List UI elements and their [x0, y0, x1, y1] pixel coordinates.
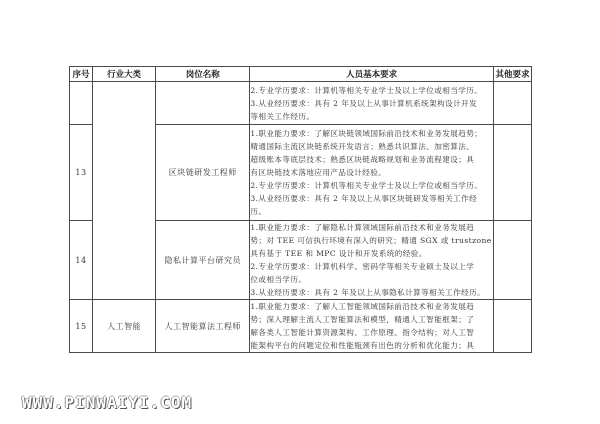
cell-no: 14: [70, 221, 93, 300]
cell-no: [70, 82, 93, 125]
requirement-line: 位或相当学历。: [250, 273, 493, 286]
cell-position: 隐私计算平台研究员: [156, 221, 250, 300]
requirement-line: 1.职业能力要求：了解隐私计算领域国际前沿技术和业务发展趋: [250, 221, 493, 234]
cell-other: [493, 125, 531, 221]
requirement-line: 具有基于 TEE 和 MPC 设计和开发系统的经验。: [250, 247, 493, 260]
requirement-line: 2.专业学历要求：计算机等相关专业学士及以上学位或相当学历。: [250, 179, 493, 192]
watermark-text: WWW.PINWAIYI.COM: [22, 393, 192, 412]
requirement-line: 有区块链技术落地应用产品设计经验。: [250, 166, 493, 179]
cell-no: 13: [70, 125, 93, 221]
requirement-line: 势；深入理解主流人工智能算法和模型，精通人工智能框架；了: [250, 313, 493, 326]
requirement-line: 1.职业能力要求：了解区块链领域国际前沿技术和业务发展趋势；: [250, 127, 493, 140]
cell-other: [493, 82, 531, 125]
cell-requirements: 2.专业学历要求：计算机等相关专业学士及以上学位或相当学历。 3.从业经历要求：…: [250, 82, 494, 125]
document-page: 序号 行业大类 岗位名称 人员基本要求 其他要求 2.专业学历要求：计算机等相关…: [0, 0, 600, 424]
cell-requirements: 1.职业能力要求：了解隐私计算领域国际前沿技术和业务发展趋 势；对 TEE 可信…: [250, 221, 494, 300]
cell-requirements: 1.职业能力要求：了解区块链领域国际前沿技术和业务发展趋势； 精通国际主流区块链…: [250, 125, 494, 221]
cell-position: 区块链研发工程师: [156, 125, 250, 221]
cell-industry-merged: [93, 82, 156, 300]
requirement-line: 超级账本等底层技术；熟悉区块链战略规划和业务流程建设；具: [250, 153, 493, 166]
requirement-line: 等相关工作经历。: [250, 110, 493, 123]
cell-other: [493, 221, 531, 300]
table-row: 2.专业学历要求：计算机等相关专业学士及以上学位或相当学历。 3.从业经历要求：…: [70, 82, 532, 125]
cell-other: [493, 300, 531, 353]
table-row: 15 人工智能 人工智能算法工程师 1.职业能力要求：了解人工智能领域国际前沿技…: [70, 300, 532, 353]
cell-position: 人工智能算法工程师: [156, 300, 250, 353]
cell-industry: 人工智能: [93, 300, 156, 353]
cell-no: 15: [70, 300, 93, 353]
header-requirements: 人员基本要求: [250, 67, 494, 82]
cell-requirements: 1.职业能力要求：了解人工智能领域国际前沿技术和业务发展趋 势；深入理解主流人工…: [250, 300, 494, 353]
requirement-line: 历。: [250, 205, 493, 218]
header-no: 序号: [70, 67, 93, 82]
table-header-row: 序号 行业大类 岗位名称 人员基本要求 其他要求: [70, 67, 532, 82]
requirement-line: 势；对 TEE 可信执行环境有深入的研究；精通 SGX 或 trustzone；: [250, 234, 493, 247]
requirement-line: 3.从业经历要求：具有 2 年及以上从事隐私计算等相关工作经历。: [250, 286, 493, 299]
header-other: 其他要求: [493, 67, 531, 82]
job-requirements-table: 序号 行业大类 岗位名称 人员基本要求 其他要求 2.专业学历要求：计算机等相关…: [69, 66, 532, 353]
requirement-line: 1.职业能力要求：了解人工智能领域国际前沿技术和业务发展趋: [250, 300, 493, 313]
header-industry: 行业大类: [93, 67, 156, 82]
requirement-line: 精通国际主流区块链系统开发语言；熟悉共识算法、加密算法、: [250, 140, 493, 153]
requirement-line: 2.专业学历要求：计算机科学、密码学等相关专业硕士及以上学: [250, 260, 493, 273]
requirement-line: 能架构平台的问题定位和性能瓶颈有出色的分析和优化能力；具: [250, 339, 493, 352]
cell-position: [156, 82, 250, 125]
requirement-line: 解各类人工智能计算资源架构、工作原理、指令结构；对人工智: [250, 326, 493, 339]
requirement-line: 2.专业学历要求：计算机等相关专业学士及以上学位或相当学历。: [250, 84, 493, 97]
requirement-line: 3.从业经历要求：具有 2 年及以上从事计算机系统架构设计开发: [250, 97, 493, 110]
requirement-line: 3.从业经历要求：具有 2 年及以上从事区块链研发等相关工作经: [250, 192, 493, 205]
header-position: 岗位名称: [156, 67, 250, 82]
